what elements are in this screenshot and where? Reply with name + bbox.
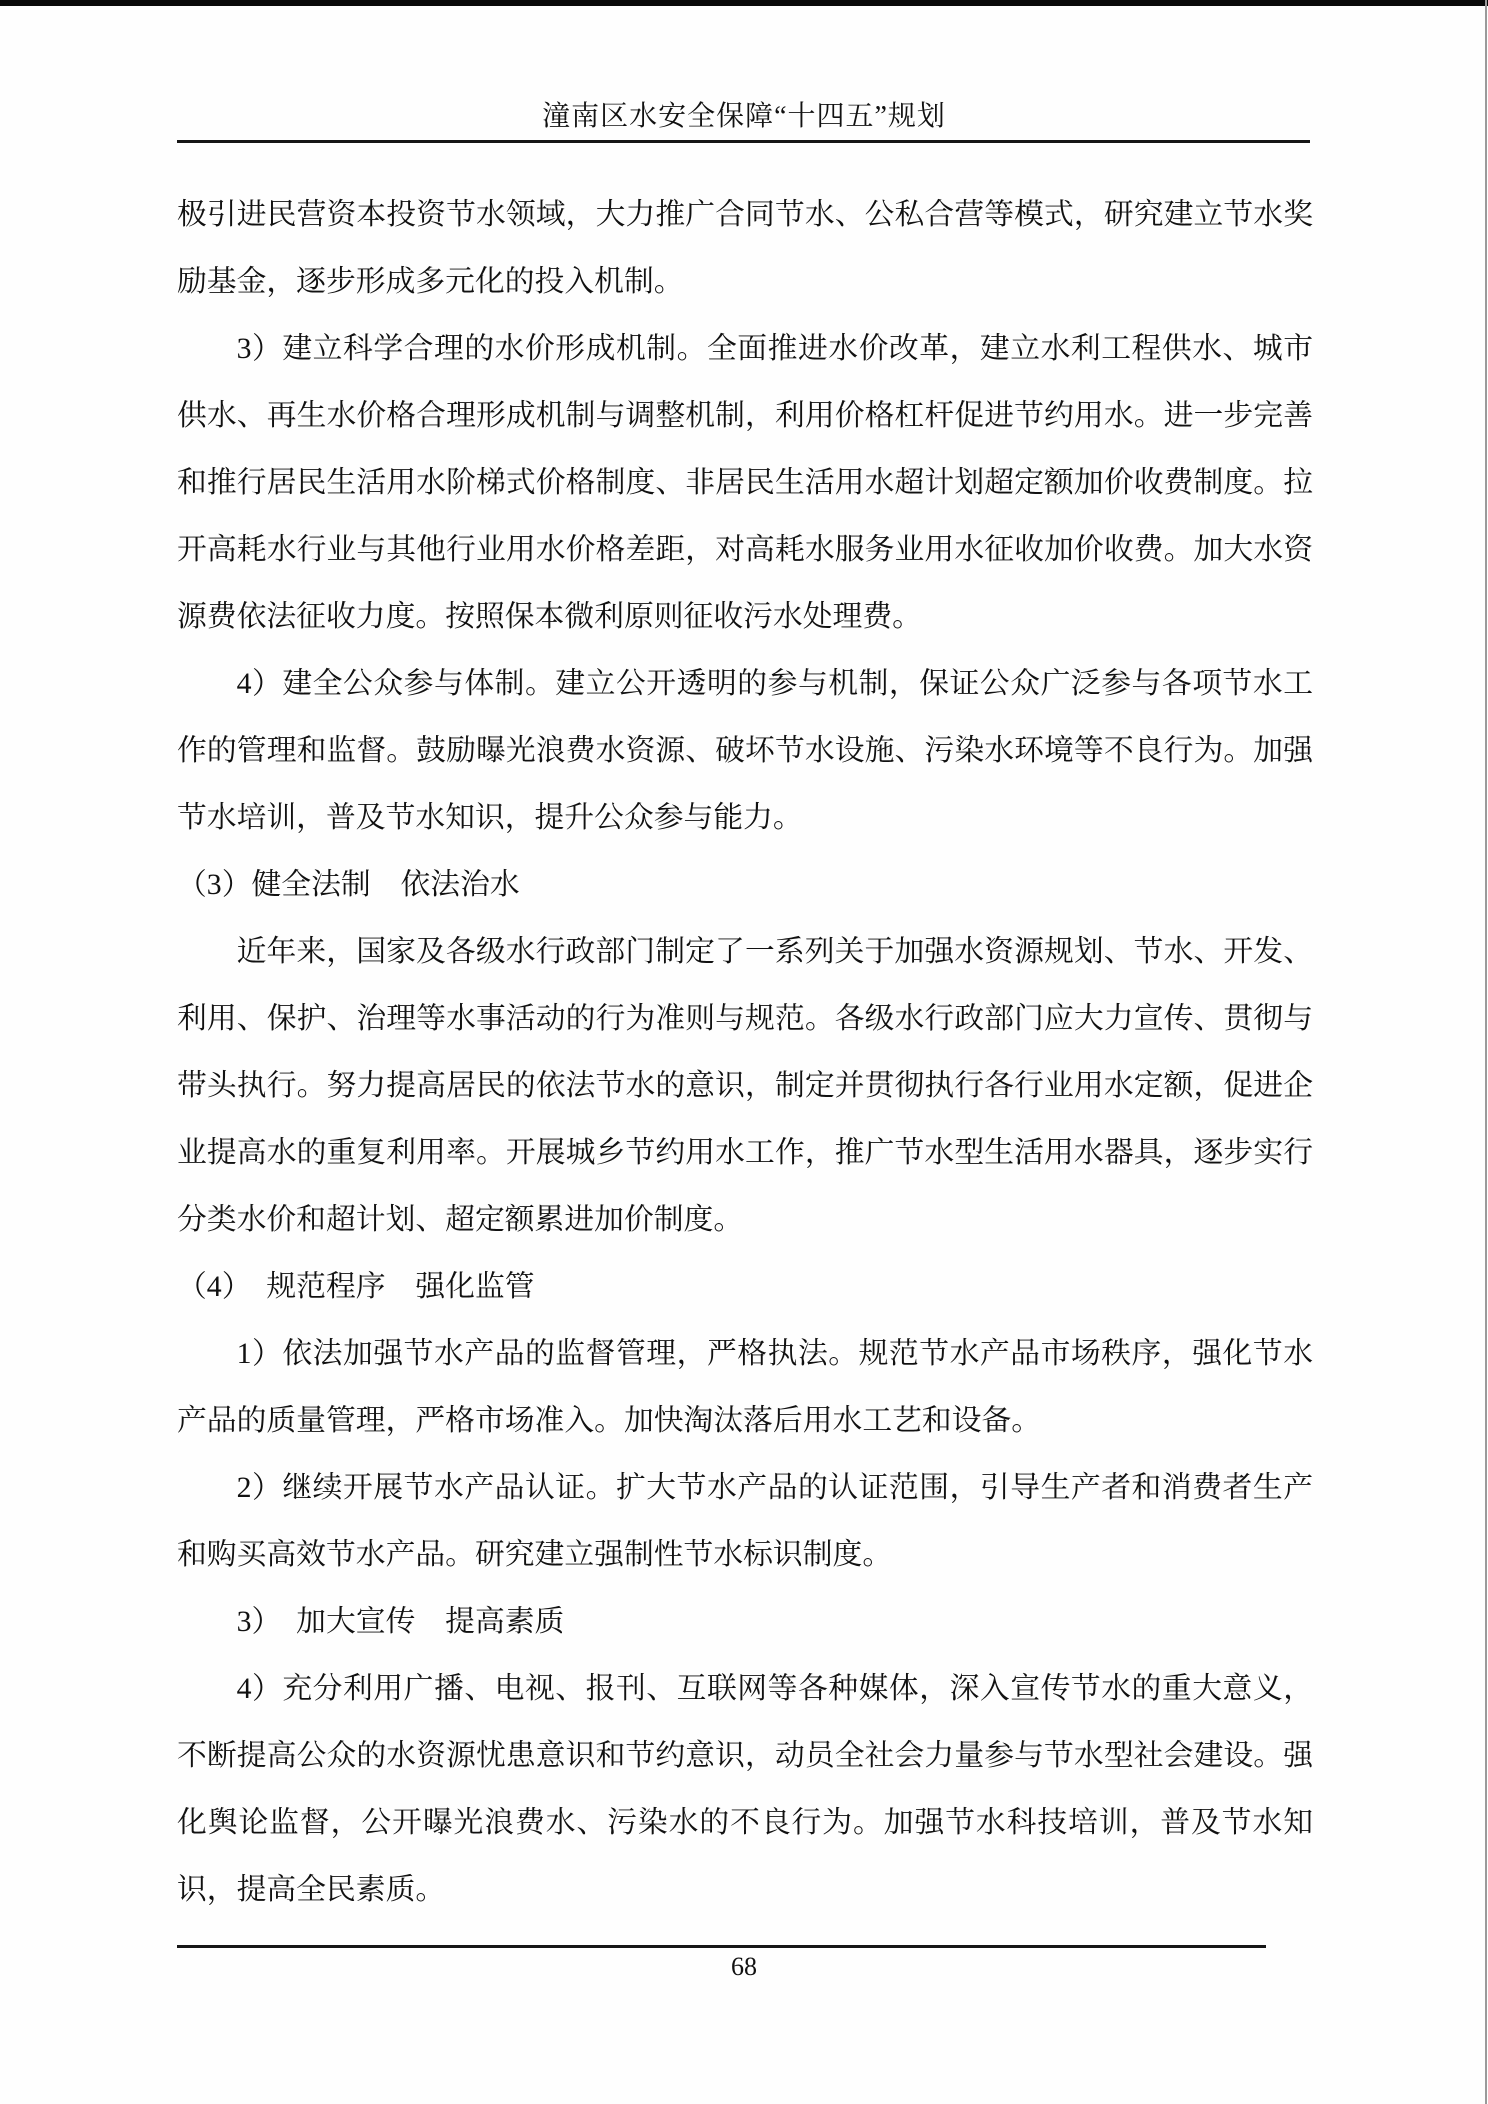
document-body: 极引进民营资本投资节水领域，大力推广合同节水、公私合营等模式，研究建立节水奖励基… [177,181,1313,1923]
header-rule [177,140,1310,143]
scan-edge-right [1485,0,1487,2104]
paragraph: 2）继续开展节水产品认证。扩大节水产品的认证范围，引导生产者和消费者生产和购买高… [177,1454,1313,1588]
footer-rule [177,1945,1266,1948]
scan-edge-top [0,0,1488,6]
paragraph: 近年来，国家及各级水行政部门制定了一系列关于加强水资源规划、节水、开发、利用、保… [177,918,1313,1253]
paragraph: 极引进民营资本投资节水领域，大力推广合同节水、公私合营等模式，研究建立节水奖励基… [177,181,1313,315]
paragraph: 4）充分利用广播、电视、报刊、互联网等各种媒体，深入宣传节水的重大意义，不断提高… [177,1655,1313,1923]
header-title: 潼南区水安全保障“十四五”规划 [177,100,1311,134]
paragraph: 3）建立科学合理的水价形成机制。全面推进水价改革，建立水利工程供水、城市供水、再… [177,315,1313,650]
paragraph: 3） 加大宣传 提高素质 [177,1588,1313,1655]
paragraph: （3）健全法制 依法治水 [177,851,1313,918]
paragraph: 4）建全公众参与体制。建立公开透明的参与机制，保证公众广泛参与各项节水工作的管理… [177,650,1313,851]
page-number: 68 [177,1952,1311,1982]
paragraph: 1）依法加强节水产品的监督管理，严格执法。规范节水产品市场秩序，强化节水产品的质… [177,1320,1313,1454]
document-page: 潼南区水安全保障“十四五”规划 极引进民营资本投资节水领域，大力推广合同节水、公… [0,0,1488,2104]
paragraph: （4） 规范程序 强化监管 [177,1253,1313,1320]
